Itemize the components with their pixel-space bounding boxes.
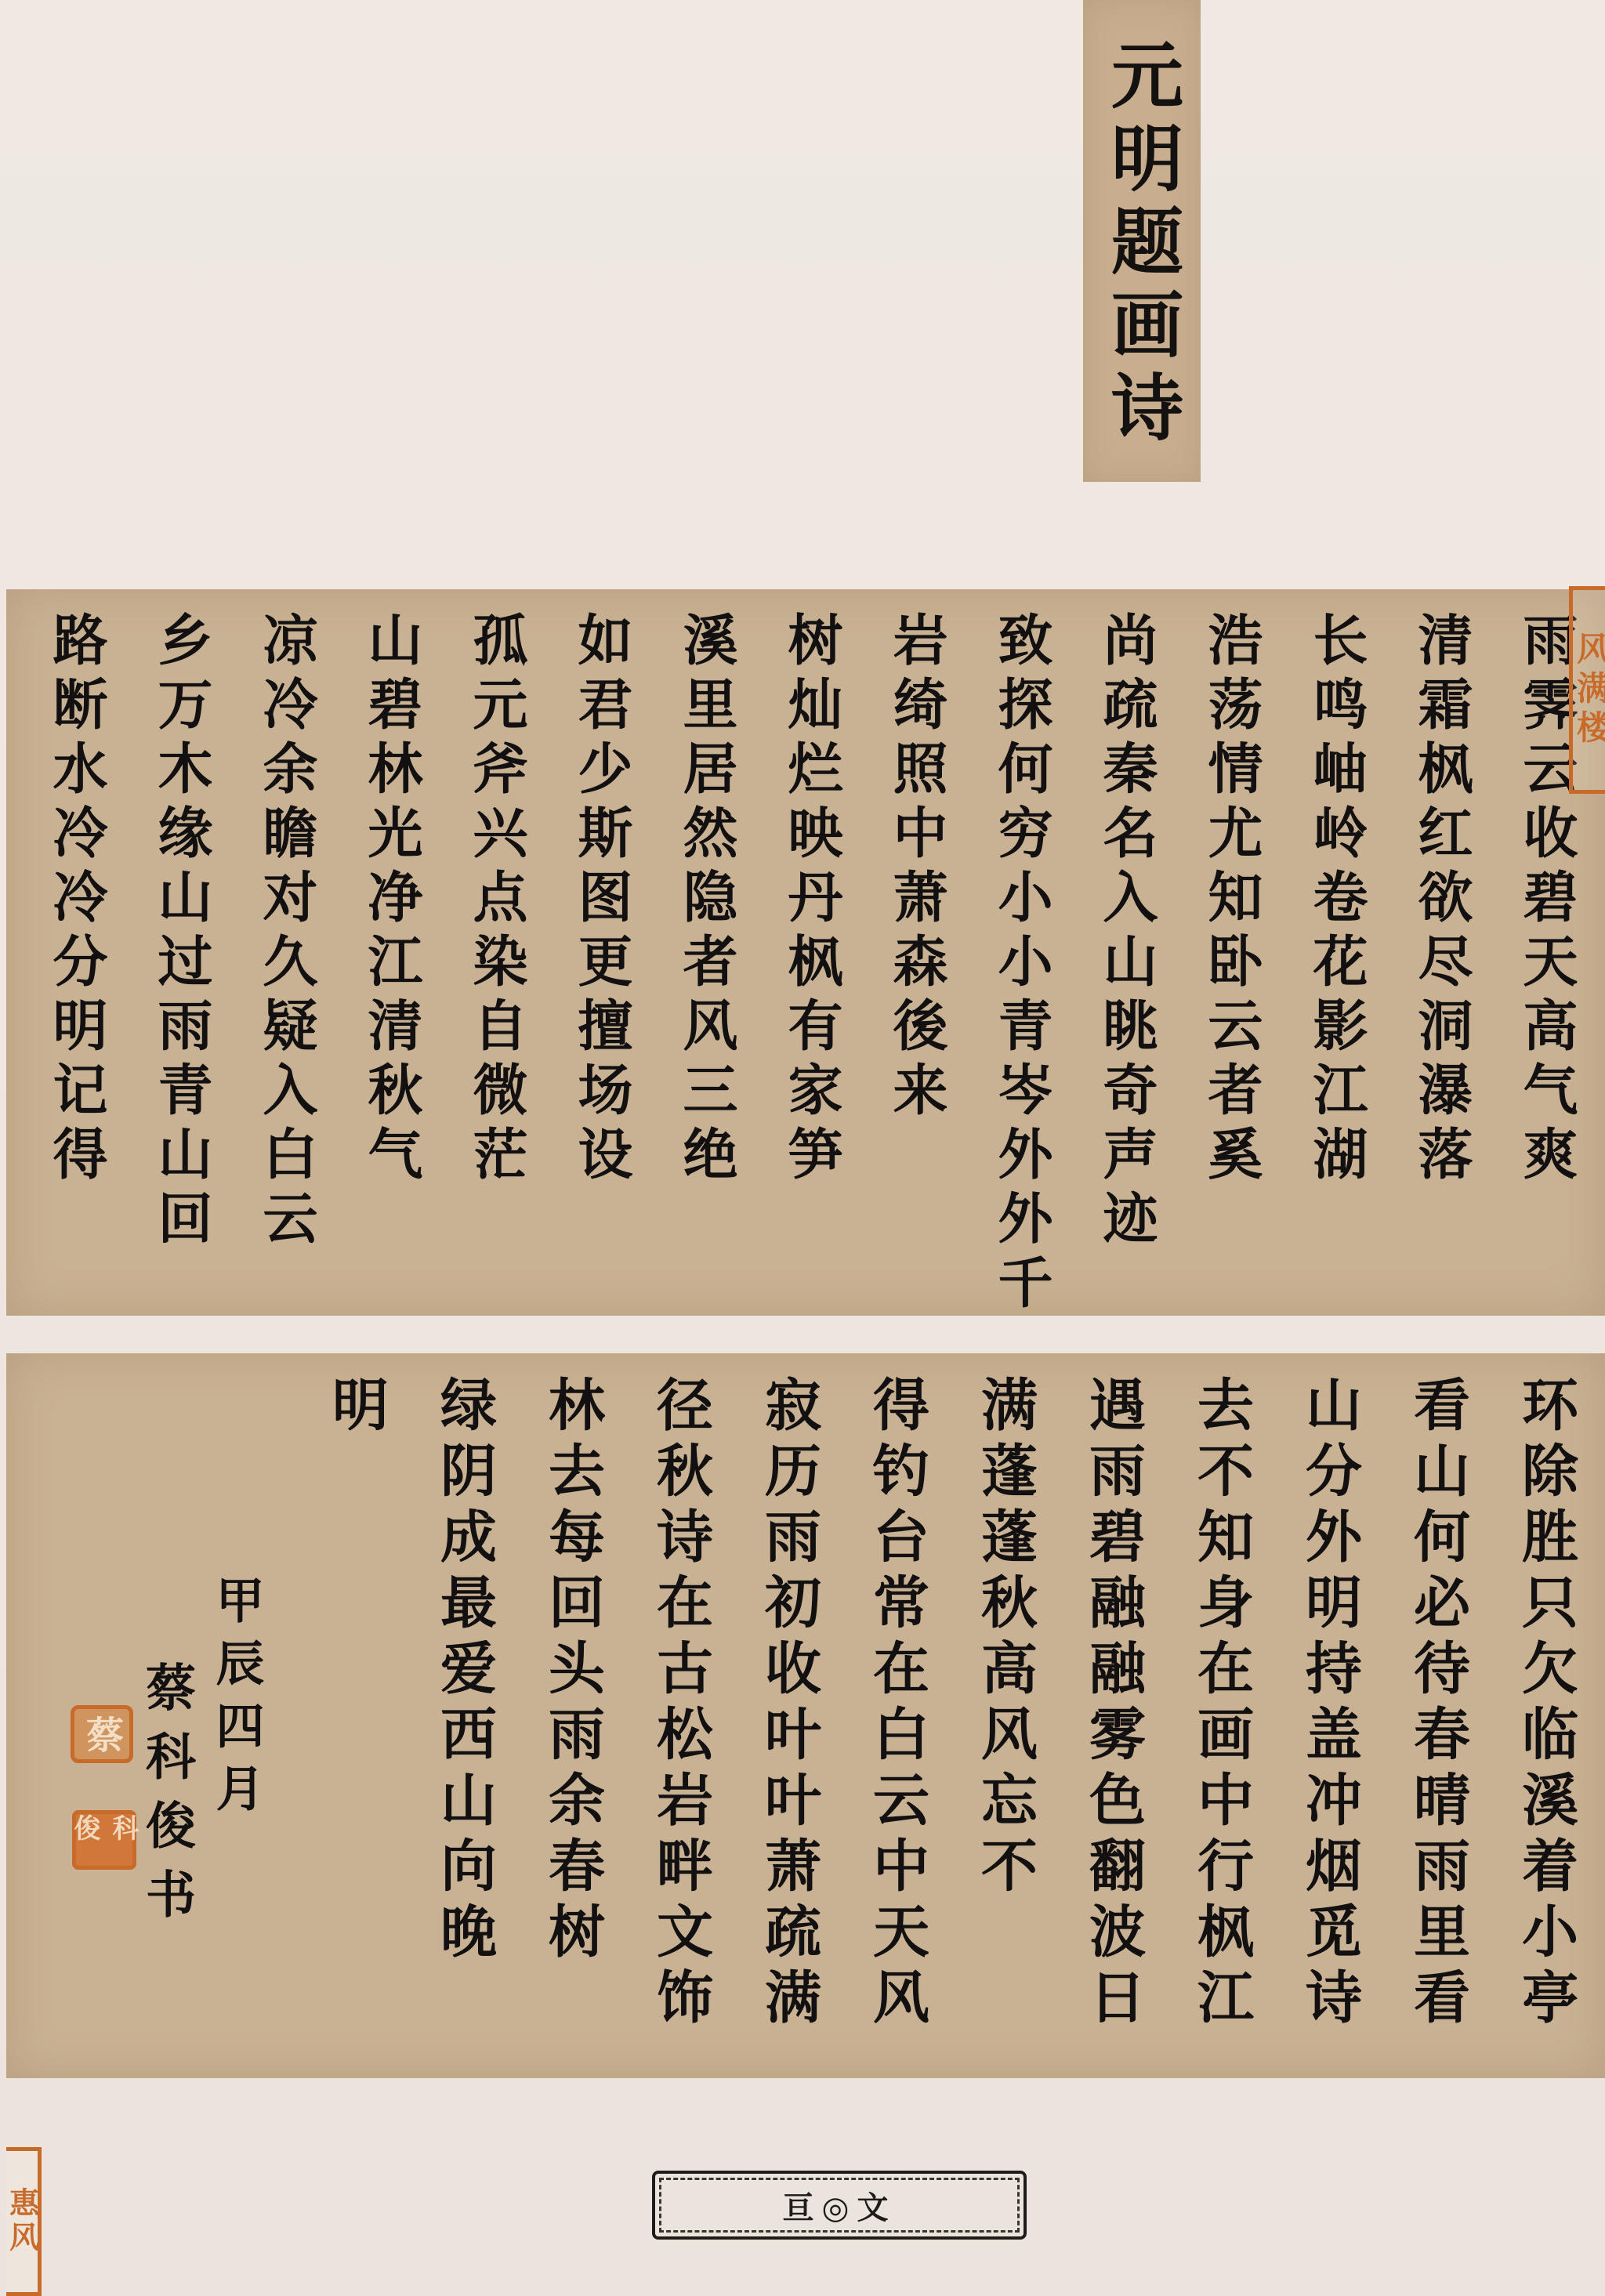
text-column: 凉冷余瞻对久疑入白云 [259, 611, 313, 1300]
text-column: 乡万木缘山过雨青山回 [154, 611, 208, 1300]
text-column: 孤元斧兴点染自微茫 [469, 611, 524, 1300]
text-column: 树灿烂映丹枫有家笋 [784, 611, 839, 1300]
text-column: 清霜枫红欲尽洞瀑落 [1414, 611, 1469, 1300]
signature-date: 甲辰四月 [212, 1575, 260, 1826]
text-column: 明 [328, 1375, 384, 2062]
artist-seal-given-name: 科俊 [72, 1810, 136, 1870]
collector-seal-top-right: 风满楼 [1569, 586, 1605, 794]
text-column: 如君少斯图更擅场设 [574, 611, 629, 1300]
text-column: 路断水冷冷分明记得 [49, 611, 103, 1300]
title-text: 元明题画诗 [1106, 38, 1178, 453]
text-column: 寂历雨初收叶叶萧疏满 [760, 1375, 817, 2062]
text-column: 山分外明持盖冲烟觅诗 [1301, 1375, 1357, 2062]
title-label-strip: 元明题画诗 [1083, 0, 1201, 482]
text-column: 岩绮照中萧森後来 [889, 611, 944, 1300]
upper-text-columns: 雨霁云收碧天高气爽 清霜枫红欲尽洞瀑落 长鸣岫岭卷花影江湖 浩荡情尤知卧云者奚 … [30, 611, 1574, 1300]
text-column: 去不知身在画中行枫江 [1193, 1375, 1249, 2062]
upper-calligraphy-panel: 雨霁云收碧天高气爽 清霜枫红欲尽洞瀑落 长鸣岫岭卷花影江湖 浩荡情尤知卧云者奚 … [6, 589, 1605, 1316]
collector-seal-bottom-left: 惠风 [6, 2147, 42, 2296]
text-column: 林去每回头雨余春树 [544, 1375, 600, 2062]
artist-seal-surname: 蔡 [71, 1705, 133, 1763]
text-column: 山碧林光净江清秋气 [364, 611, 418, 1300]
collector-seal-black: 亘◎文 [652, 2171, 1027, 2240]
signature-name: 蔡科俊书 [141, 1661, 191, 1937]
text-column: 雨霁云收碧天高气爽 [1519, 611, 1574, 1300]
text-column: 绿阴成最爱西山向晚 [436, 1375, 492, 2062]
text-column: 致探何穷小小青岑外外千 [994, 611, 1049, 1300]
text-column: 遇雨碧融融雾色翻波日 [1085, 1375, 1141, 2062]
text-column: 尚疏秦名入山眺奇声迹 [1099, 611, 1154, 1300]
text-column: 得钓台常在白云中天风 [868, 1375, 925, 2062]
text-column: 环除胜只欠临溪着小亭 [1517, 1375, 1574, 2062]
text-column: 长鸣岫岭卷花影江湖 [1309, 611, 1364, 1300]
text-column: 看山何必待春晴雨里看 [1409, 1375, 1466, 2062]
text-column: 径秋诗在古松岩畔文饰 [652, 1375, 708, 2062]
text-column: 满蓬蓬秋高风忘不 [976, 1375, 1033, 2062]
text-column: 溪里居然隐者风三绝 [679, 611, 734, 1300]
text-column: 浩荡情尤知卧云者奚 [1204, 611, 1259, 1300]
